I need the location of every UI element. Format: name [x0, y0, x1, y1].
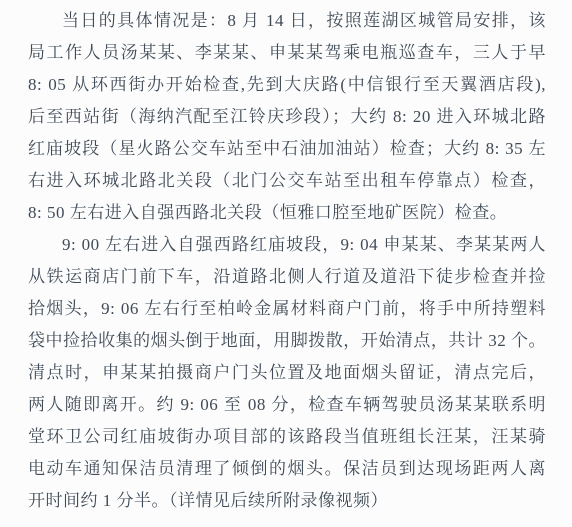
text-line: 9: 00 左右进入自强西路红庙坡段，9: 04 申某某、李某某两人 [28, 229, 546, 261]
paragraph-2: 9: 00 左右进入自强西路红庙坡段，9: 04 申某某、李某某两人从铁运商店门… [28, 229, 546, 517]
text-line: 当日的具体情况是：8 月 14 日，按照莲湖区城管局安排，该 [28, 5, 546, 37]
text-line: 电动车通知保洁员清理了倾倒的烟头。保洁员到达现场距两人离 [28, 453, 546, 485]
text-line: 从铁运商店门前下车，沿道路北侧人行道及道沿下徒步检查并捡 [28, 261, 546, 293]
document-page: 当日的具体情况是：8 月 14 日，按照莲湖区城管局安排，该局工作人员汤某某、李… [0, 0, 572, 527]
paragraph-1: 当日的具体情况是：8 月 14 日，按照莲湖区城管局安排，该局工作人员汤某某、李… [28, 5, 546, 229]
text-line: 后至西站街（海纳汽配至江铃庆珍段）；大约 8: 20 进入环城北路 [28, 101, 546, 133]
text-line: 右进入环城北路北关段（北门公交车站至出租车停靠点）检查， [28, 165, 546, 197]
text-line: 堂环卫公司红庙坡街办项目部的该路段当值班组长汪某，汪某骑 [28, 421, 546, 453]
text-line: 8: 50 左右进入自强西路北关段（恒雅口腔至地矿医院）检查。 [28, 197, 546, 229]
text-line: 袋中捡拾收集的烟头倒于地面，用脚拨散，开始清点，共计 32 个。 [28, 325, 546, 357]
text-line: 拾烟头，9: 06 左右行至柏岭金属材料商户门前，将手中所持塑料 [28, 293, 546, 325]
text-line: 清点时，申某某拍摄商户门头位置及地面烟头留证，清点完后， [28, 357, 546, 389]
text-line: 局工作人员汤某某、李某某、申某某驾乘电瓶巡查车，三人于早 [28, 37, 546, 69]
text-line: 开时间约 1 分半。（详情见后续所附录像视频） [28, 485, 546, 517]
text-line: 8: 05 从环西街办开始检查,先到大庆路(中信银行至天翼酒店段), [28, 69, 546, 101]
text-line: 红庙坡段（星火路公交车站至中石油加油站）检查；大约 8: 35 左 [28, 133, 546, 165]
text-line: 两人随即离开。约 9: 06 至 08 分，检查车辆驾驶员汤某某联系明 [28, 389, 546, 421]
document-body: 当日的具体情况是：8 月 14 日，按照莲湖区城管局安排，该局工作人员汤某某、李… [28, 5, 546, 517]
